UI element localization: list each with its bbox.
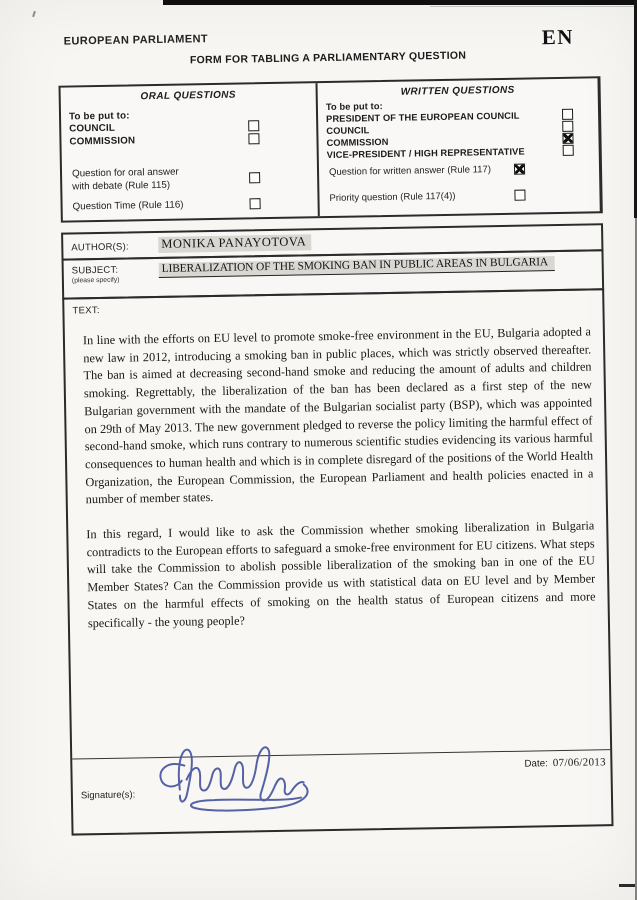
- author-label: AUTHOR(S):: [71, 241, 129, 253]
- question-body: In line with the efforts on EU level to …: [83, 323, 596, 632]
- written-answer-checkbox: [514, 164, 525, 175]
- date-line: Date:07/06/2013: [524, 756, 606, 769]
- signature-scribble: [150, 735, 331, 823]
- written-put-to-label: To be put to:: [326, 101, 383, 112]
- written-council-checkbox: [562, 121, 573, 132]
- paragraph-2: In this regard, I would like to ask the …: [86, 517, 596, 632]
- subject-hint: (please specify): [72, 277, 120, 285]
- written-questions-section: WRITTEN QUESTIONS To be put to: PRESIDEN…: [317, 78, 599, 216]
- oral-put-to-label: To be put to:: [69, 110, 130, 122]
- priority-question-checkbox: [514, 190, 525, 201]
- text-label: TEXT:: [72, 305, 100, 316]
- form-title: FORM FOR TABLING A PARLIAMENTARY QUESTIO…: [58, 47, 598, 68]
- oral-questions-section: ORAL QUESTIONS To be put to: COUNCIL COM…: [61, 83, 320, 220]
- scanned-document-page: { "header": { "org": "EUROPEAN PARLIAMEN…: [0, 0, 637, 900]
- author-value: MONIKA PANAYOTOVA: [158, 234, 311, 253]
- question-time-checkbox: [249, 198, 260, 209]
- priority-question-row: Priority question (Rule 117(4)): [329, 190, 525, 204]
- written-questions-title: WRITTEN QUESTIONS: [318, 83, 598, 99]
- oral-answer-debate-row: Question for oral answer with debate (Ru…: [72, 164, 260, 193]
- oral-council-label: COUNCIL: [69, 123, 115, 135]
- subject-label: SUBJECT:: [72, 265, 120, 277]
- question-time-label: Question Time (Rule 116): [73, 200, 184, 213]
- oral-put-to-commission-row: COMMISSION: [69, 133, 259, 147]
- language-code: EN: [542, 25, 575, 51]
- date-value: 07/06/2013: [553, 756, 606, 769]
- written-commission-label: COMMISSION: [326, 136, 388, 147]
- subject-value: LIBERALIZATION OF THE SMOKING BAN IN PUB…: [159, 256, 556, 278]
- written-commission-checkbox: [562, 133, 573, 144]
- oral-council-checkbox: [248, 120, 259, 131]
- oral-answer-debate-checkbox: [249, 172, 260, 183]
- priority-question-label: Priority question (Rule 117(4)): [329, 191, 455, 204]
- written-vp-checkbox: [563, 145, 574, 156]
- written-president-checkbox: [562, 109, 573, 120]
- oral-commission-label: COMMISSION: [69, 135, 135, 147]
- oral-questions-title: ORAL QUESTIONS: [61, 88, 316, 103]
- subject-label-block: SUBJECT: (please specify): [72, 265, 120, 285]
- oral-commission-checkbox: [248, 133, 259, 144]
- date-label: Date:: [524, 758, 548, 769]
- oral-answer-debate-label: Question for oral answer with debate (Ru…: [72, 166, 179, 194]
- paragraph-1: In line with the efforts on EU level to …: [83, 323, 594, 509]
- signature-label: Signature(s):: [81, 789, 136, 801]
- oral-put-to-council-row: COUNCIL: [69, 120, 259, 134]
- written-answer-label: Question for written answer (Rule 117): [329, 164, 491, 178]
- organization-title: EUROPEAN PARLIAMENT: [64, 33, 208, 48]
- written-council-label: COUNCIL: [326, 125, 369, 136]
- written-answer-row: Question for written answer (Rule 117): [329, 164, 525, 178]
- questions-table: ORAL QUESTIONS To be put to: COUNCIL COM…: [58, 76, 602, 222]
- written-vp-label: VICE-PRESIDENT / HIGH REPRESENTATIVE: [327, 146, 525, 159]
- text-section: TEXT: In line with the efforts on EU lev…: [62, 288, 613, 835]
- document-content: EUROPEAN PARLIAMENT EN FORM FOR TABLING …: [0, 0, 637, 900]
- question-time-row: Question Time (Rule 116): [73, 198, 261, 212]
